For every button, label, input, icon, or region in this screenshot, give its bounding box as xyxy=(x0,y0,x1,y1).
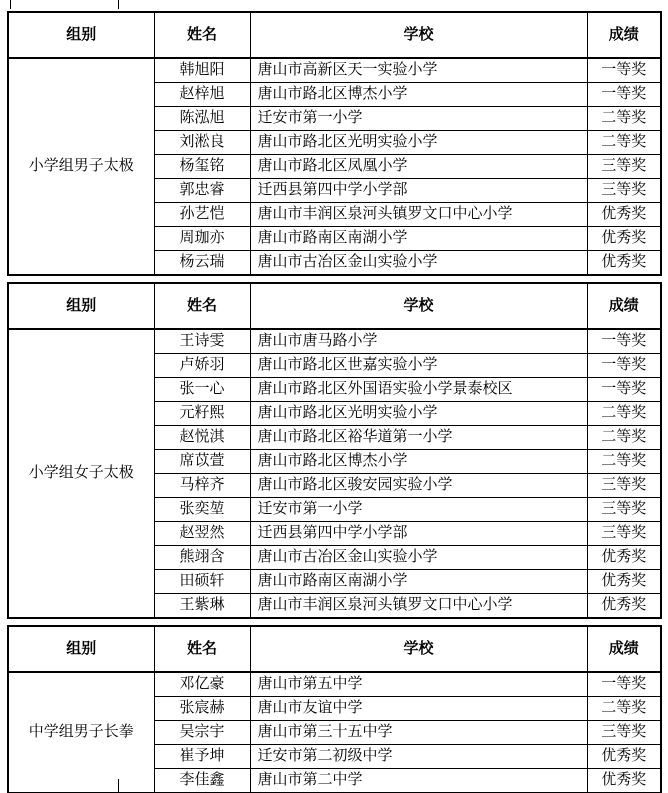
col-header-result: 成绩 xyxy=(587,283,661,329)
school-cell: 唐山市高新区天一实验小学 xyxy=(250,58,587,83)
school-cell: 迁安市第一小学 xyxy=(250,107,587,131)
result-cell: 三等奖 xyxy=(587,498,661,522)
school-cell: 迁安市第一小学 xyxy=(250,498,587,522)
school-cell: 迁西县第四中学小学部 xyxy=(250,522,587,546)
school-cell: 唐山市路北区博杰小学 xyxy=(250,450,587,474)
col-header-name: 姓名 xyxy=(154,12,250,58)
name-cell: 席苡萱 xyxy=(154,450,250,474)
school-cell: 唐山市路北区光明实验小学 xyxy=(250,131,587,155)
school-cell: 唐山市路北区世嘉实验小学 xyxy=(250,354,587,378)
name-cell: 赵悦淇 xyxy=(154,426,250,450)
school-cell: 唐山市唐马路小学 xyxy=(250,329,587,354)
result-cell: 一等奖 xyxy=(587,354,661,378)
school-cell: 唐山市路南区南湖小学 xyxy=(250,570,587,594)
col-header-group: 组别 xyxy=(8,626,154,672)
col-header-school: 学校 xyxy=(250,626,587,672)
award-table: 组别 姓名 学校 成绩 小学组男子太极韩旭阳唐山市高新区天一实验小学一等奖赵梓旭… xyxy=(7,11,662,276)
result-cell: 二等奖 xyxy=(587,426,661,450)
result-cell: 三等奖 xyxy=(587,155,661,179)
result-cell: 优秀奖 xyxy=(587,251,661,276)
school-cell: 唐山市友谊中学 xyxy=(250,697,587,721)
result-cell: 二等奖 xyxy=(587,131,661,155)
table-row: 中学组男子长拳邓亿豪唐山市第五中学一等奖 xyxy=(8,672,661,697)
name-cell: 邓亿豪 xyxy=(154,672,250,697)
result-cell: 一等奖 xyxy=(587,672,661,697)
school-cell: 唐山市古冶区金山实验小学 xyxy=(250,546,587,570)
group-cell: 中学组男子长拳 xyxy=(8,672,154,793)
school-cell: 唐山市路北区骏安园实验小学 xyxy=(250,474,587,498)
col-header-name: 姓名 xyxy=(154,626,250,672)
col-header-school: 学校 xyxy=(250,12,587,58)
result-cell: 优秀奖 xyxy=(587,570,661,594)
name-cell: 元籽熙 xyxy=(154,402,250,426)
col-header-result: 成绩 xyxy=(587,626,661,672)
result-cell: 二等奖 xyxy=(587,697,661,721)
name-cell: 陈泓旭 xyxy=(154,107,250,131)
result-cell: 二等奖 xyxy=(587,450,661,474)
cropped-table-line-stub xyxy=(10,0,11,9)
header-row: 组别 姓名 学校 成绩 xyxy=(8,12,661,58)
name-cell: 王紫琳 xyxy=(154,594,250,619)
result-cell: 三等奖 xyxy=(587,179,661,203)
name-cell: 马梓齐 xyxy=(154,474,250,498)
result-cell: 一等奖 xyxy=(587,329,661,354)
name-cell: 熊翊含 xyxy=(154,546,250,570)
name-cell: 孙艺恺 xyxy=(154,203,250,227)
name-cell: 杨云瑞 xyxy=(154,251,250,276)
name-cell: 韩旭阳 xyxy=(154,58,250,83)
school-cell: 唐山市路北区凤凰小学 xyxy=(250,155,587,179)
name-cell: 杨玺铭 xyxy=(154,155,250,179)
school-cell: 唐山市路南区南湖小学 xyxy=(250,227,587,251)
name-cell: 郭忠睿 xyxy=(154,179,250,203)
award-table: 组别 姓名 学校 成绩 小学组女子太极王诗雯唐山市唐马路小学一等奖卢娇羽唐山市路… xyxy=(7,282,662,619)
name-cell: 吴宗宇 xyxy=(154,721,250,745)
cropped-table-line-stub xyxy=(118,0,119,9)
col-header-group: 组别 xyxy=(8,12,154,58)
header-row: 组别 姓名 学校 成绩 xyxy=(8,283,661,329)
col-header-result: 成绩 xyxy=(587,12,661,58)
table-row: 小学组女子太极王诗雯唐山市唐马路小学一等奖 xyxy=(8,329,661,354)
name-cell: 张奕堃 xyxy=(154,498,250,522)
result-cell: 优秀奖 xyxy=(587,745,661,769)
name-cell: 卢娇羽 xyxy=(154,354,250,378)
col-header-name: 姓名 xyxy=(154,283,250,329)
name-cell: 周珈亦 xyxy=(154,227,250,251)
award-table: 组别 姓名 学校 成绩 中学组男子长拳邓亿豪唐山市第五中学一等奖张宸赫唐山市友谊… xyxy=(7,625,662,793)
school-cell: 唐山市第三十五中学 xyxy=(250,721,587,745)
result-cell: 三等奖 xyxy=(587,522,661,546)
school-cell: 唐山市第五中学 xyxy=(250,672,587,697)
result-cell: 优秀奖 xyxy=(587,769,661,793)
name-cell: 赵翌然 xyxy=(154,522,250,546)
result-cell: 优秀奖 xyxy=(587,546,661,570)
name-cell: 张宸赫 xyxy=(154,697,250,721)
name-cell: 田硕轩 xyxy=(154,570,250,594)
school-cell: 迁西县第四中学小学部 xyxy=(250,179,587,203)
result-cell: 三等奖 xyxy=(587,721,661,745)
result-cell: 优秀奖 xyxy=(587,203,661,227)
group-cell: 小学组男子太极 xyxy=(8,58,154,275)
school-cell: 唐山市丰润区泉河头镇罗文口中心小学 xyxy=(250,594,587,619)
result-cell: 二等奖 xyxy=(587,402,661,426)
school-cell: 唐山市路北区裕华道第一小学 xyxy=(250,426,587,450)
result-cell: 一等奖 xyxy=(587,378,661,402)
school-cell: 唐山市路北区博杰小学 xyxy=(250,83,587,107)
name-cell: 赵梓旭 xyxy=(154,83,250,107)
school-cell: 唐山市路北区外国语实验小学景泰校区 xyxy=(250,378,587,402)
header-row: 组别 姓名 学校 成绩 xyxy=(8,626,661,672)
name-cell: 刘淞良 xyxy=(154,131,250,155)
school-cell: 唐山市古冶区金山实验小学 xyxy=(250,251,587,276)
col-header-group: 组别 xyxy=(8,283,154,329)
result-cell: 一等奖 xyxy=(587,58,661,83)
award-tables-container: 组别 姓名 学校 成绩 小学组男子太极韩旭阳唐山市高新区天一实验小学一等奖赵梓旭… xyxy=(7,11,662,793)
result-cell: 优秀奖 xyxy=(587,227,661,251)
name-cell: 李佳鑫 xyxy=(154,769,250,793)
name-cell: 王诗雯 xyxy=(154,329,250,354)
school-cell: 唐山市路北区光明实验小学 xyxy=(250,402,587,426)
group-cell: 小学组女子太极 xyxy=(8,329,154,618)
name-cell: 张一心 xyxy=(154,378,250,402)
result-cell: 三等奖 xyxy=(587,474,661,498)
result-cell: 二等奖 xyxy=(587,107,661,131)
document-page: 组别 姓名 学校 成绩 小学组男子太极韩旭阳唐山市高新区天一实验小学一等奖赵梓旭… xyxy=(0,0,668,793)
name-cell: 崔予坤 xyxy=(154,745,250,769)
school-cell: 唐山市丰润区泉河头镇罗文口中心小学 xyxy=(250,203,587,227)
col-header-school: 学校 xyxy=(250,283,587,329)
school-cell: 迁安市第二初级中学 xyxy=(250,745,587,769)
result-cell: 一等奖 xyxy=(587,83,661,107)
result-cell: 优秀奖 xyxy=(587,594,661,619)
table-row: 小学组男子太极韩旭阳唐山市高新区天一实验小学一等奖 xyxy=(8,58,661,83)
school-cell: 唐山市第二中学 xyxy=(250,769,587,793)
